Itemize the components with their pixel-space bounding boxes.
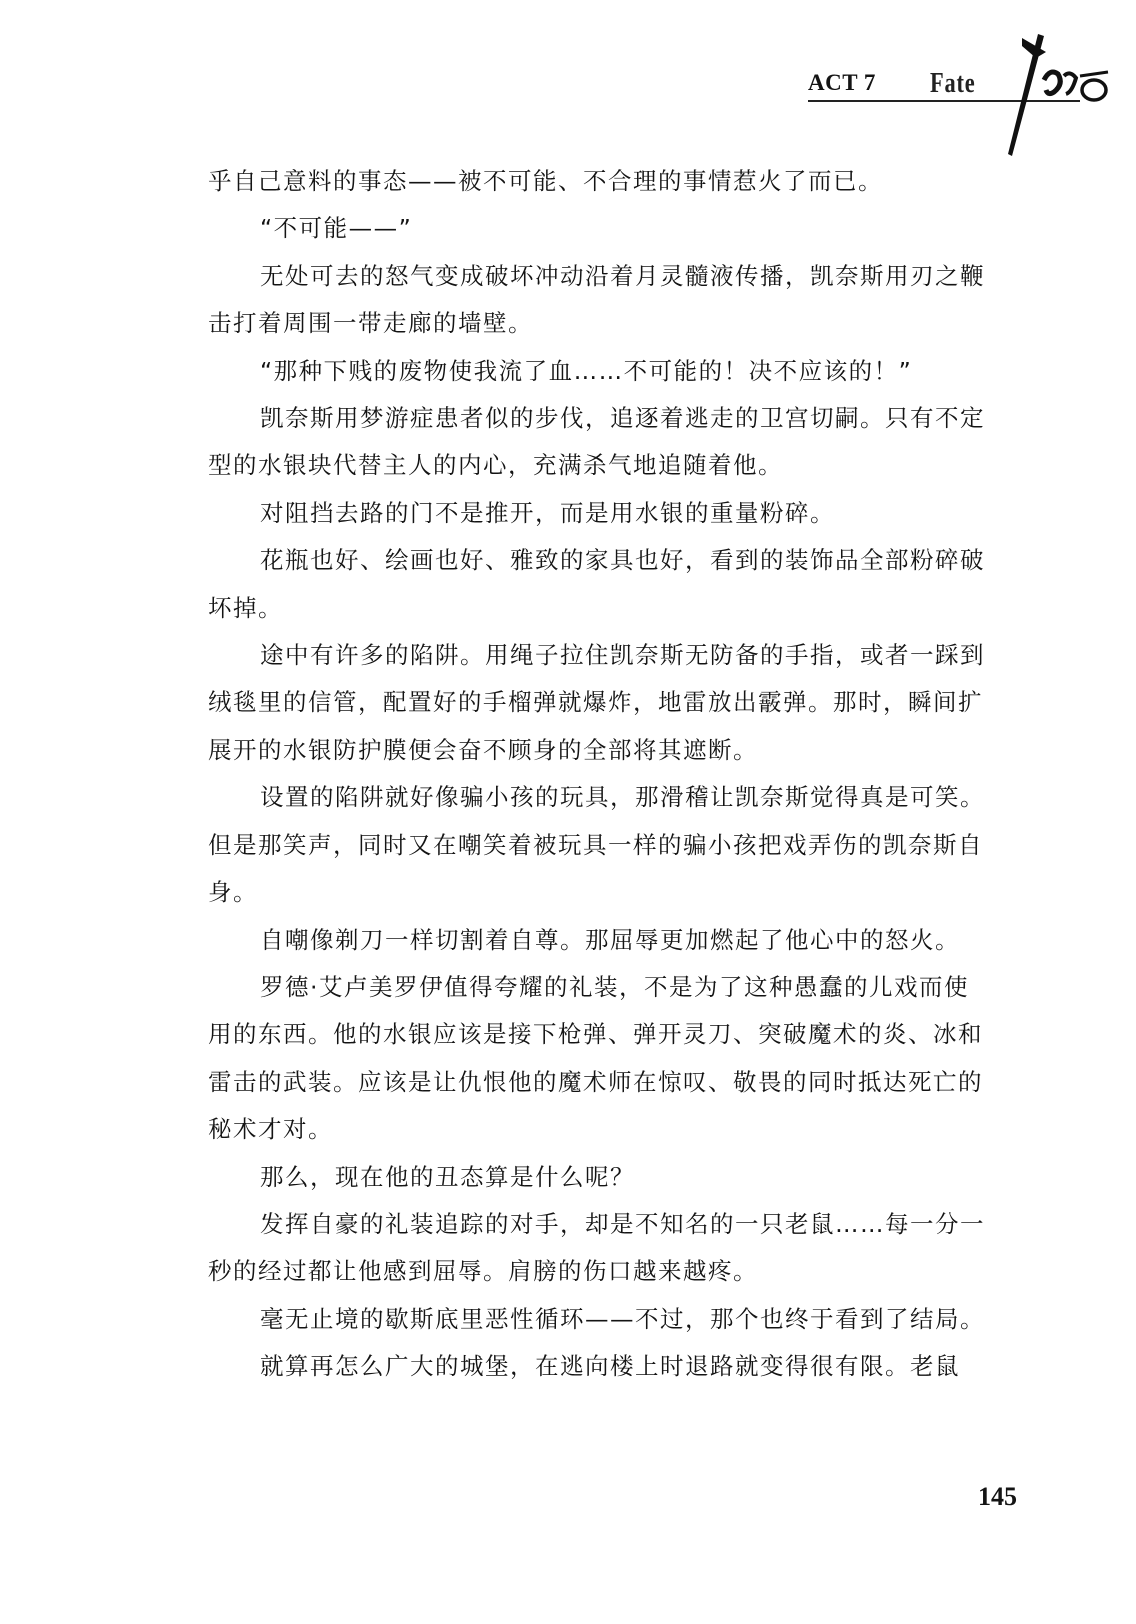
paragraph: 那么，现在他的丑态算是什么呢？ xyxy=(208,1154,988,1201)
fate-zero-logo: Fate xyxy=(930,32,1110,162)
paragraph: 毫无止境的歇斯底里恶性循环——不过，那个也终于看到了结局。 xyxy=(208,1296,988,1343)
paragraph: 对阻挡去路的门不是推开，而是用水银的重量粉碎。 xyxy=(208,490,988,537)
chapter-label: ACT 7 xyxy=(808,70,876,96)
running-header: ACT 7 Fate xyxy=(808,60,1108,160)
paragraph: 设置的陷阱就好像骗小孩的玩具，那滑稽让凯奈斯觉得真是可笑。但是那笑声，同时又在嘲… xyxy=(208,774,988,916)
paragraph: 就算再怎么广大的城堡，在逃向楼上时退路就变得很有限。老鼠 xyxy=(208,1343,988,1390)
paragraph: 罗德·艾卢美罗伊值得夸耀的礼装，不是为了这种愚蠢的儿戏而使用的东西。他的水银应该… xyxy=(208,964,988,1154)
paragraph: 无处可去的怒气变成破坏冲动沿着月灵髓液传播，凯奈斯用刃之鞭击打着周围一带走廊的墙… xyxy=(208,253,988,348)
paragraph: “那种下贱的废物使我流了血……不可能的！决不应该的！” xyxy=(208,348,988,395)
paragraph: 乎自己意料的事态——被不可能、不合理的事情惹火了而已。 xyxy=(208,158,988,205)
paragraph: 花瓶也好、绘画也好、雅致的家具也好，看到的装饰品全部粉碎破坏掉。 xyxy=(208,537,988,632)
paragraph: 途中有许多的陷阱。用绳子拉住凯奈斯无防备的手指，或者一踩到绒毯里的信管，配置好的… xyxy=(208,632,988,774)
paragraph: 自嘲像剃刀一样切割着自尊。那屈辱更加燃起了他心中的怒火。 xyxy=(208,917,988,964)
paragraph: “不可能——” xyxy=(208,205,988,252)
paragraph: 发挥自豪的礼装追踪的对手，却是不知名的一只老鼠……每一分一秒的经过都让他感到屈辱… xyxy=(208,1201,988,1296)
paragraph: 凯奈斯用梦游症患者似的步伐，追逐着逃走的卫宫切嗣。只有不定型的水银块代替主人的内… xyxy=(208,395,988,490)
body-text: 乎自己意料的事态——被不可能、不合理的事情惹火了而已。 “不可能——” 无处可去… xyxy=(208,158,988,1391)
logo-zero-glyph-icon xyxy=(930,32,1110,162)
page-number: 145 xyxy=(978,1482,1017,1512)
